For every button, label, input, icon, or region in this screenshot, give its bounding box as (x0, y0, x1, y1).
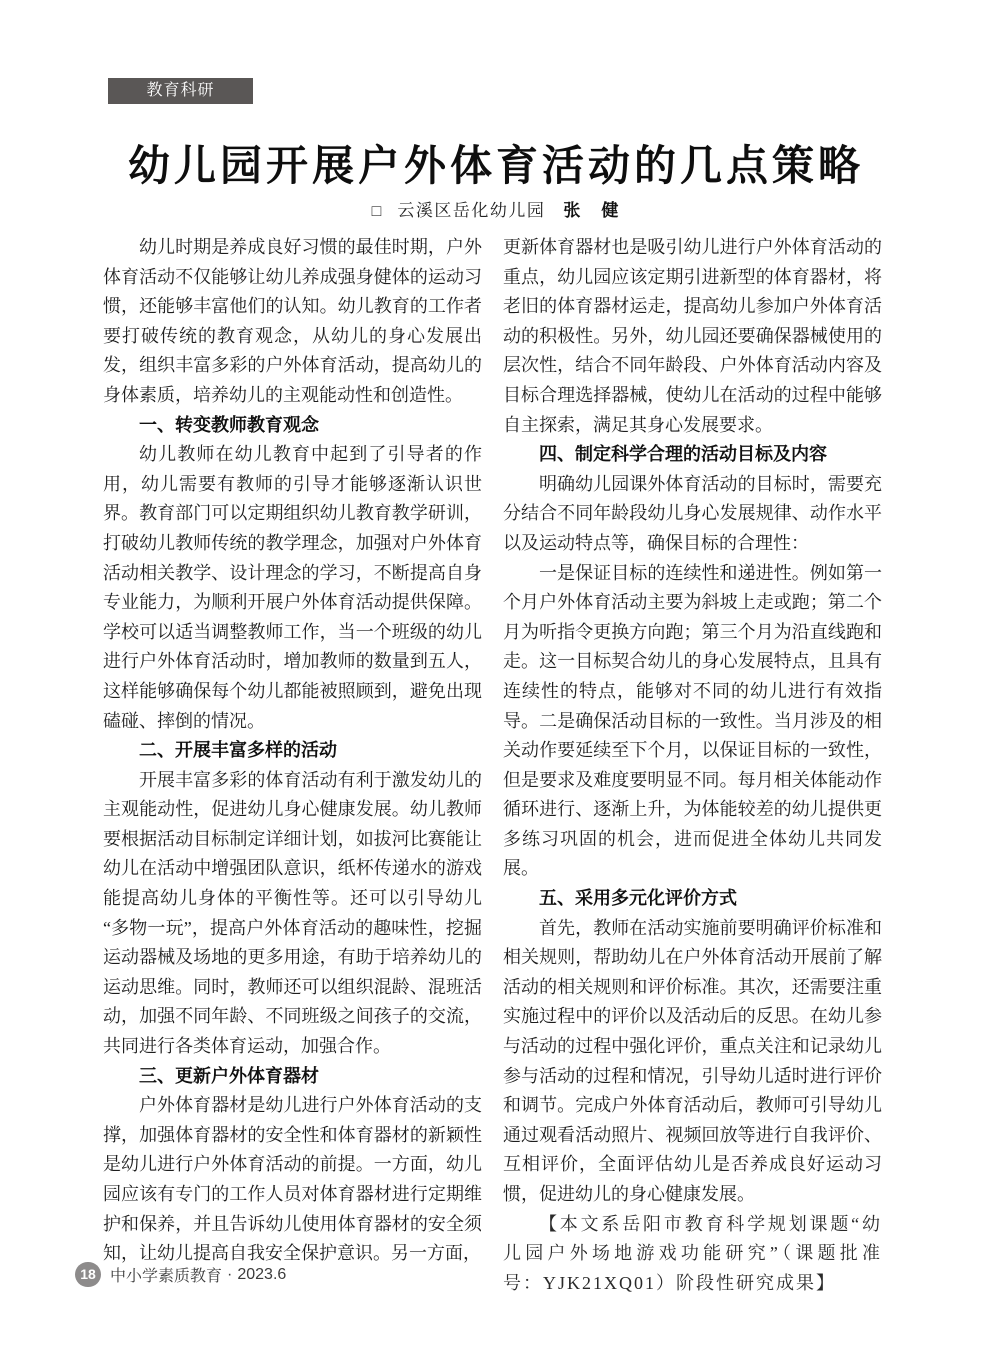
journal-page: 教育科研 幼儿园开展户外体育活动的几点策略 □云溪区岳化幼儿园张 健 幼儿时期是… (0, 0, 992, 1346)
section-3-paragraph: 户外体育器材是幼儿进行户外体育活动的支撑，加强体育器材的安全性和体育器材的新颖性… (103, 1091, 482, 1269)
section-heading-5: 五、采用多元化评价方式 (503, 884, 882, 914)
page-number-badge: 18 (75, 1262, 101, 1287)
page-footer: 18 中小学素质教育 · 2023.6 (75, 1262, 286, 1287)
section-heading-3: 三、更新户外体育器材 (103, 1062, 482, 1092)
article-body: 幼儿时期是养成良好习惯的最佳时期，户外体育活动不仅能够让幼儿养成强身健体的运动习… (103, 233, 882, 1298)
section-5-paragraph: 首先，教师在活动实施前要明确评价标准和相关规则，帮助幼儿在户外体育活动开展前了解… (503, 914, 882, 1210)
section-1-paragraph: 幼儿教师在幼儿教育中起到了引导者的作用，幼儿需要有教师的引导才能够逐渐认识世界。… (103, 440, 482, 736)
section-2-paragraph: 开展丰富多彩的体育活动有利于激发幼儿的主观能动性，促进幼儿身心健康发展。幼儿教师… (103, 766, 482, 1062)
section-heading-2: 二、开展丰富多样的活动 (103, 736, 482, 766)
author-line: □云溪区岳化幼儿园张 健 (0, 196, 992, 221)
author-affiliation: 云溪区岳化幼儿园 (397, 201, 545, 220)
footer-separator: · (227, 1266, 232, 1284)
section-heading-1: 一、转变教师教育观念 (103, 411, 482, 441)
author-marker-icon: □ (372, 203, 382, 221)
intro-paragraph: 幼儿时期是养成良好习惯的最佳时期，户外体育活动不仅能够让幼儿养成强身健体的运动习… (103, 233, 482, 411)
section-4-paragraph-1: 明确幼儿园课外体育活动的目标时，需要充分结合不同年龄段幼儿身心发展规律、动作水平… (503, 470, 882, 559)
issue-number: 2023.6 (237, 1266, 286, 1284)
left-column: 幼儿时期是养成良好习惯的最佳时期，户外体育活动不仅能够让幼儿养成强身健体的运动习… (103, 233, 482, 1298)
journal-name: 中小学素质教育 (110, 1263, 222, 1286)
section-badge: 教育科研 (108, 78, 253, 104)
section-heading-4: 四、制定科学合理的活动目标及内容 (503, 440, 882, 470)
author-name: 张 健 (563, 201, 620, 220)
right-column: 更新体育器材也是吸引幼儿进行户外体育活动的重点，幼儿园应该定期引进新型的体育器材… (503, 233, 882, 1298)
article-title: 幼儿园开展户外体育活动的几点策略 (0, 133, 992, 193)
section-4-paragraph-2: 一是保证目标的连续性和递进性。例如第一个月户外体育活动主要为斜坡上走或跑；第二个… (503, 559, 882, 885)
section-3-paragraph-continued: 更新体育器材也是吸引幼儿进行户外体育活动的重点，幼儿园应该定期引进新型的体育器材… (503, 233, 882, 440)
acknowledgment-note: 【本文系岳阳市教育科学规划课题“幼儿园户外场地游戏功能研究”（课题批准号：YJK… (503, 1210, 882, 1299)
